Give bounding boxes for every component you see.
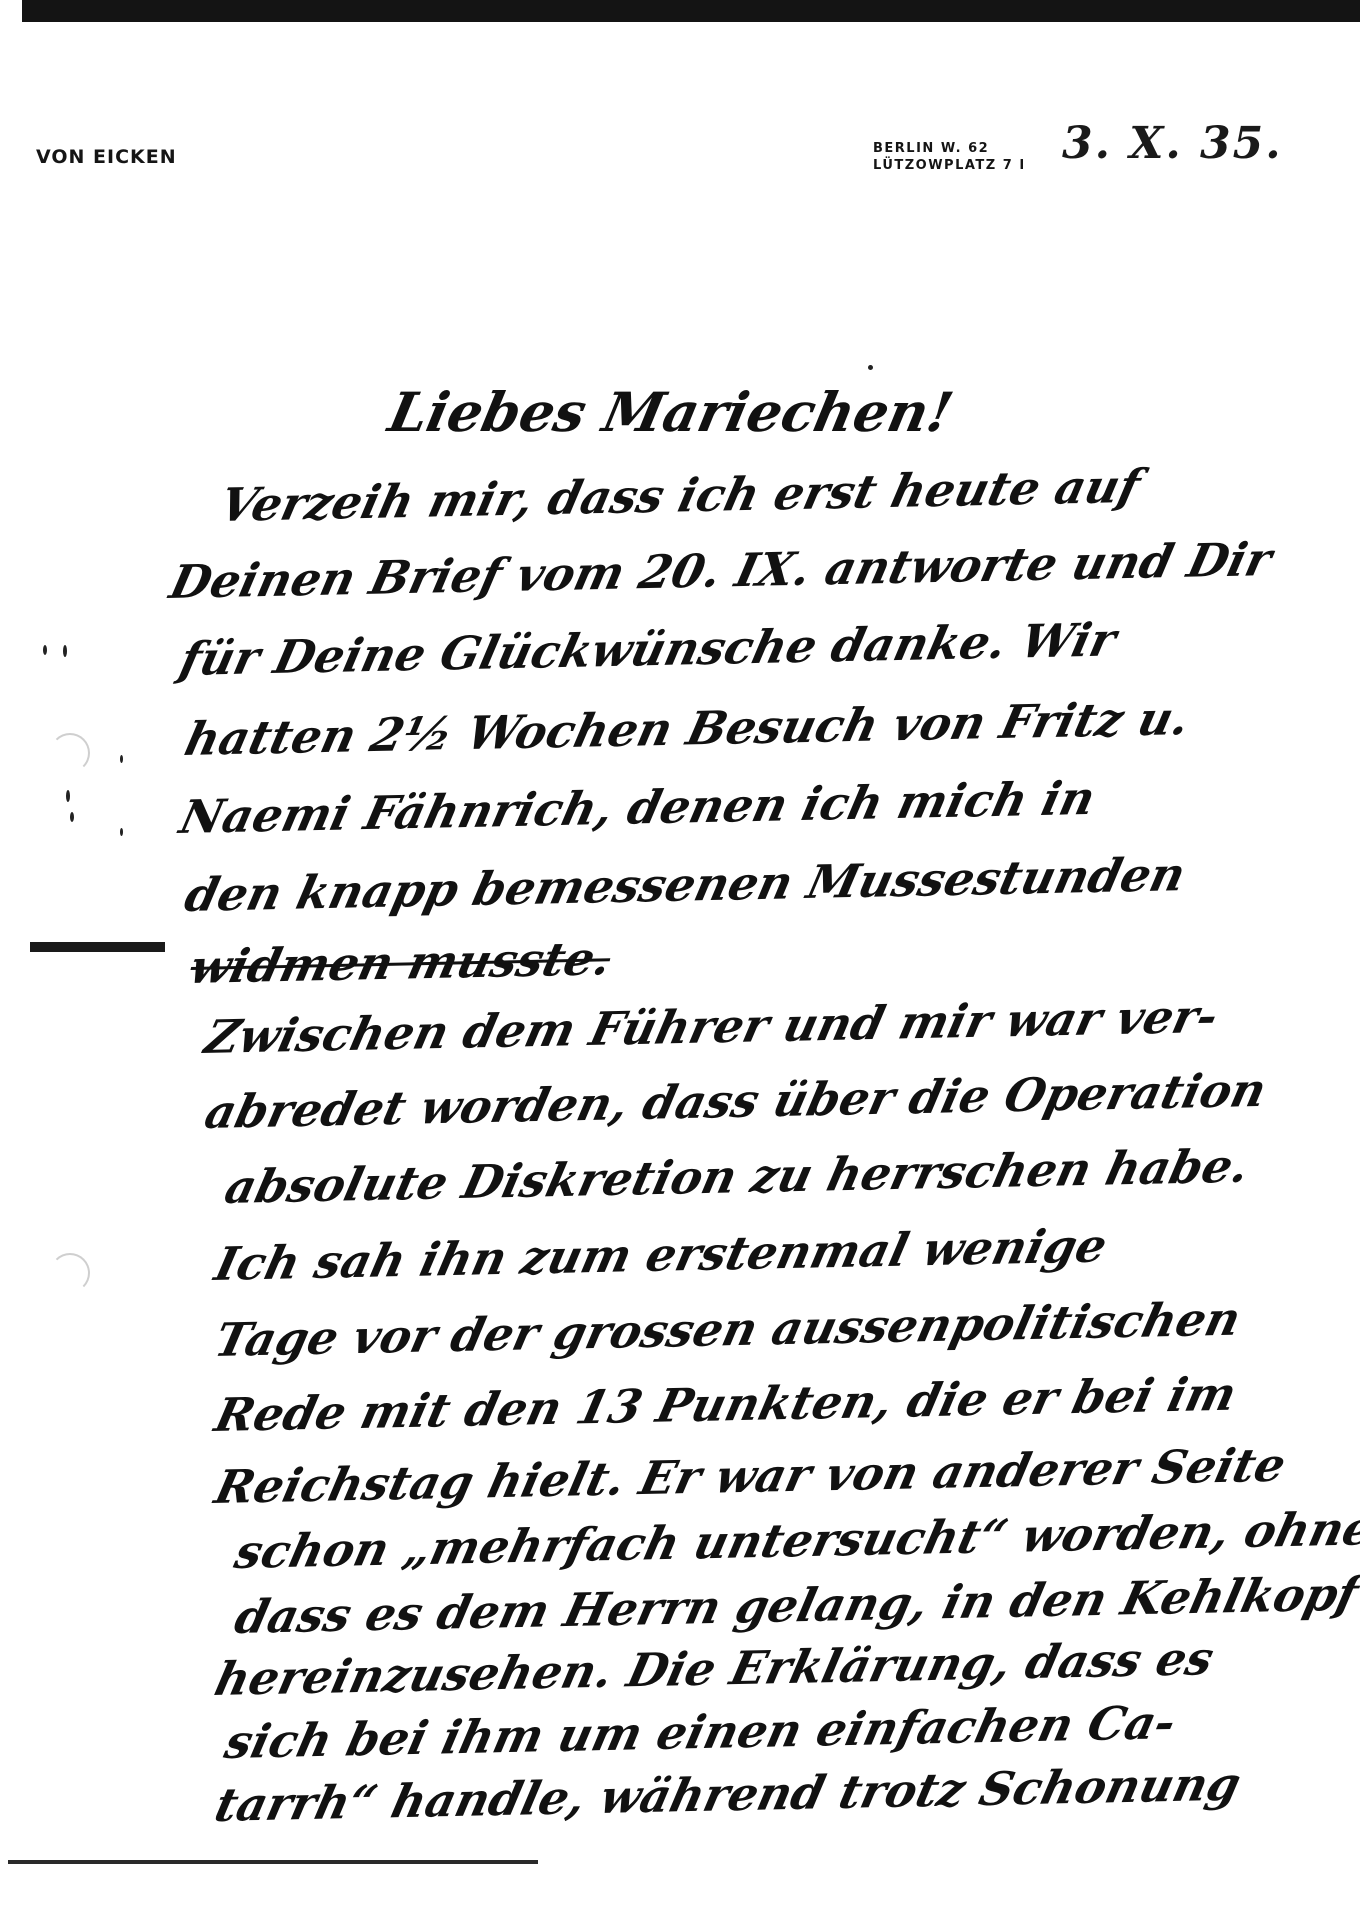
- scan-speck: [120, 755, 123, 763]
- punch-hole-mark: [50, 1253, 90, 1293]
- body-line-struck: widmen musste.: [185, 931, 616, 994]
- scan-speck: [868, 365, 873, 370]
- body-line: Rede mit den 13 Punkten, die er bei im: [210, 1367, 1242, 1442]
- address-line-street: LÜTZOWPLATZ 7 I: [873, 157, 1026, 174]
- body-line: Tage vor der grossen aussenpolitischen: [210, 1292, 1246, 1367]
- scan-speck: [120, 828, 123, 836]
- scan-top-edge-bar: [22, 0, 1360, 22]
- body-line: Deinen Brief vom 20. IX. antworte und Di…: [165, 532, 1277, 609]
- bottom-rule-line: [8, 1860, 538, 1864]
- letterhead-address: BERLIN W. 62 LÜTZOWPLATZ 7 I: [873, 140, 1026, 174]
- body-line: Reichstag hielt. Er war von anderer Seit…: [210, 1438, 1291, 1514]
- margin-fold-mark: [30, 942, 165, 952]
- body-line: sich bei ihm um einen einfachen Ca-: [220, 1695, 1181, 1769]
- body-line: tarrh“ handle, während trotz Schonung: [210, 1757, 1246, 1832]
- body-line: Verzeih mir, dass ich erst heute auf: [215, 459, 1145, 532]
- address-line-city: BERLIN W. 62: [873, 140, 1026, 157]
- body-line: Naemi Fähnrich, denen ich mich in: [175, 771, 1100, 844]
- body-line: den knapp bemessenen Mussestunden: [180, 847, 1191, 922]
- scan-speck: [70, 812, 74, 822]
- scan-speck: [43, 645, 47, 655]
- body-line: für Deine Glückwünsche danke. Wir: [175, 613, 1121, 686]
- letterhead-name: VON EICKEN: [36, 146, 177, 168]
- body-line: abredet worden, dass über die Operation: [200, 1063, 1271, 1139]
- body-line: hatten 2½ Wochen Besuch von Fritz u.: [180, 691, 1195, 766]
- scan-speck: [66, 790, 70, 802]
- punch-hole-mark: [50, 733, 90, 773]
- body-line: Ich sah ihn zum erstenmal wenige: [210, 1218, 1112, 1291]
- scan-speck: [63, 645, 67, 657]
- body-line: Zwischen dem Führer und mir war ver-: [200, 989, 1223, 1064]
- body-line: schon „mehrfach untersucht“ worden, ohne: [230, 1501, 1360, 1579]
- letter-date: 3. X. 35.: [1062, 118, 1283, 169]
- body-line: absolute Diskretion zu herrschen habe.: [220, 1139, 1254, 1214]
- salutation: Liebes Mariechen!: [383, 380, 958, 444]
- body-line: hereinzusehen. Die Erklärung, dass es: [210, 1631, 1219, 1706]
